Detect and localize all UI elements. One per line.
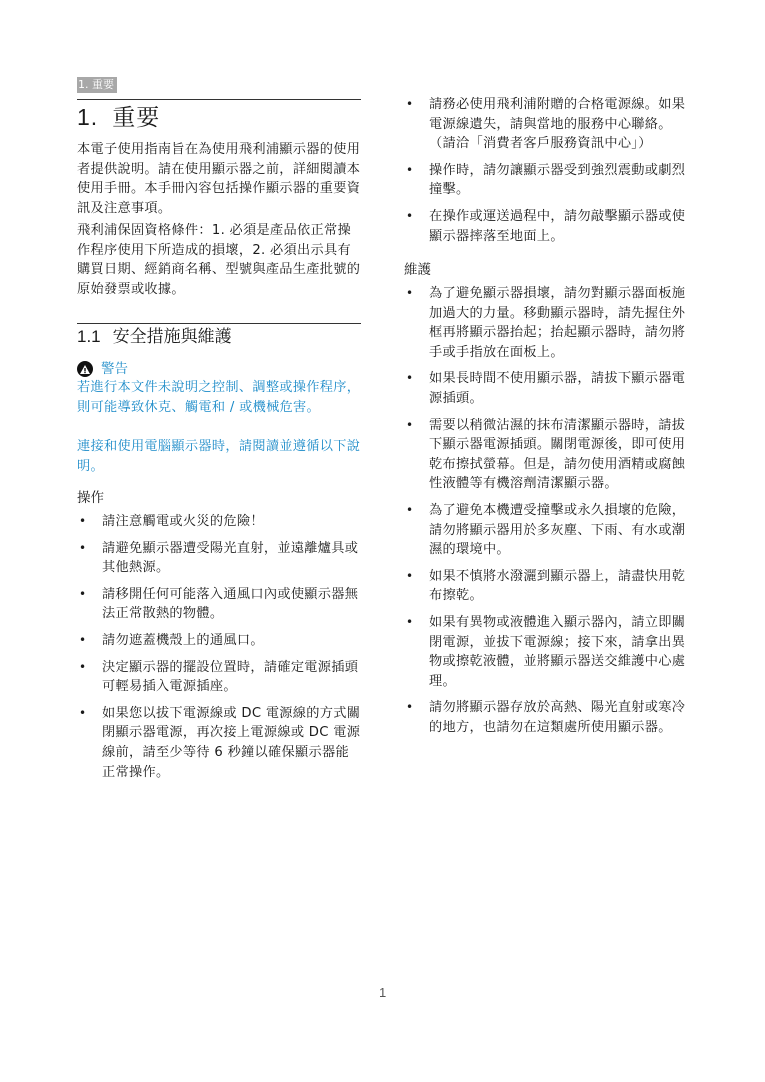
warning-triangle-icon	[77, 361, 93, 377]
bullet-icon: •	[79, 512, 86, 532]
list-item: •請勿將顯示器存放於高熱、陽光直射或寒冷的地方，也請勿在這類處所使用顯示器。	[404, 698, 690, 737]
bullet-icon: •	[79, 631, 86, 651]
list-item: •請勿遮蓋機殼上的通風口。	[77, 631, 361, 651]
operation-list: •請注意觸電或火災的危險！ •請避免顯示器遭受陽光直射，並遠離爐具或其他熱源。 …	[77, 512, 361, 789]
section-rule	[77, 323, 361, 324]
bullet-icon: •	[406, 613, 413, 633]
page-title: 1.重要	[77, 103, 160, 131]
warning-title: 警告	[101, 360, 128, 378]
list-item: •請避免顯示器遭受陽光直射，並遠離爐具或其他熱源。	[77, 539, 361, 578]
warranty-paragraph: 飛利浦保固資格條件：1. 必須是產品依正常操作程序使用下所造成的損壞，2. 必須…	[77, 221, 361, 299]
bullet-icon: •	[406, 369, 413, 389]
page-number: 1	[379, 985, 386, 1000]
warning-text-1: 若進行本文件未說明之控制、調整或操作程序，則可能導致休克、觸電和 / 或機械危害…	[77, 378, 361, 417]
list-item: •決定顯示器的擺設位置時，請確定電源插頭可輕易插入電源插座。	[77, 658, 361, 697]
bullet-icon: •	[406, 698, 413, 718]
page-title-number: 1.	[77, 104, 98, 130]
bullet-icon: •	[406, 284, 413, 304]
section-heading-number: 1.1	[77, 327, 101, 346]
warning-text-2: 連接和使用電腦顯示器時，請閱讀並遵循以下說明。	[77, 437, 361, 476]
list-item: •如果您以拔下電源線或 DC 電源線的方式關閉顯示器電源，再次接上電源線或 DC…	[77, 704, 361, 782]
bullet-icon: •	[406, 501, 413, 521]
page-title-text: 重要	[112, 104, 160, 130]
list-item: •請務必使用飛利浦附贈的合格電源線。如果電源線遺失，請與當地的服務中心聯絡。（請…	[404, 95, 690, 154]
bullet-icon: •	[406, 161, 413, 181]
bullet-icon: •	[406, 567, 413, 587]
list-item: •如果不慎將水潑灑到顯示器上，請盡快用乾布擦乾。	[404, 567, 690, 606]
bullet-icon: •	[79, 704, 86, 724]
list-item: •需要以稍微沾濕的抹布清潔顯示器時，請拔下顯示器電源插頭。關閉電源後，即可使用乾…	[404, 416, 690, 494]
section-tab: 1. 重要	[77, 77, 117, 93]
bullet-icon: •	[79, 585, 86, 605]
list-item: •為了避免本機遭受撞擊或永久損壞的危險，請勿將顯示器用於多灰塵、下雨、有水或潮濕…	[404, 501, 690, 560]
bullet-icon: •	[406, 207, 413, 227]
list-item: •如果長時間不使用顯示器，請拔下顯示器電源插頭。	[404, 369, 690, 408]
list-item: •為了避免顯示器損壞，請勿對顯示器面板施加過大的力量。移動顯示器時，請先握住外框…	[404, 284, 690, 362]
list-item: •如果有異物或液體進入顯示器內，請立即關閉電源，並拔下電源線；接下來，請拿出異物…	[404, 613, 690, 691]
section-heading-text: 安全措施與維護	[113, 327, 232, 346]
maintenance-list: •為了避免顯示器損壞，請勿對顯示器面板施加過大的力量。移動顯示器時，請先握住外框…	[404, 284, 690, 744]
title-rule	[77, 99, 361, 100]
bullet-icon: •	[79, 658, 86, 678]
operation-list-continued: •請務必使用飛利浦附贈的合格電源線。如果電源線遺失，請與當地的服務中心聯絡。（請…	[404, 95, 690, 253]
list-item: •操作時，請勿讓顯示器受到強烈震動或劇烈撞擊。	[404, 161, 690, 200]
maintenance-heading: 維護	[404, 261, 431, 280]
operation-heading: 操作	[77, 489, 104, 508]
section-heading: 1.1安全措施與維護	[77, 326, 232, 348]
bullet-icon: •	[406, 95, 413, 115]
bullet-icon: •	[406, 416, 413, 436]
list-item: •請注意觸電或火災的危險！	[77, 512, 361, 532]
intro-paragraph: 本電子使用指南旨在為使用飛利浦顯示器的使用者提供說明。請在使用顯示器之前，詳細閱…	[77, 140, 361, 218]
warning-heading: 警告	[77, 360, 128, 378]
list-item: •在操作或運送過程中，請勿敲擊顯示器或使顯示器摔落至地面上。	[404, 207, 690, 246]
bullet-icon: •	[79, 539, 86, 559]
list-item: •請移開任何可能落入通風口內或使顯示器無法正常散熱的物體。	[77, 585, 361, 624]
